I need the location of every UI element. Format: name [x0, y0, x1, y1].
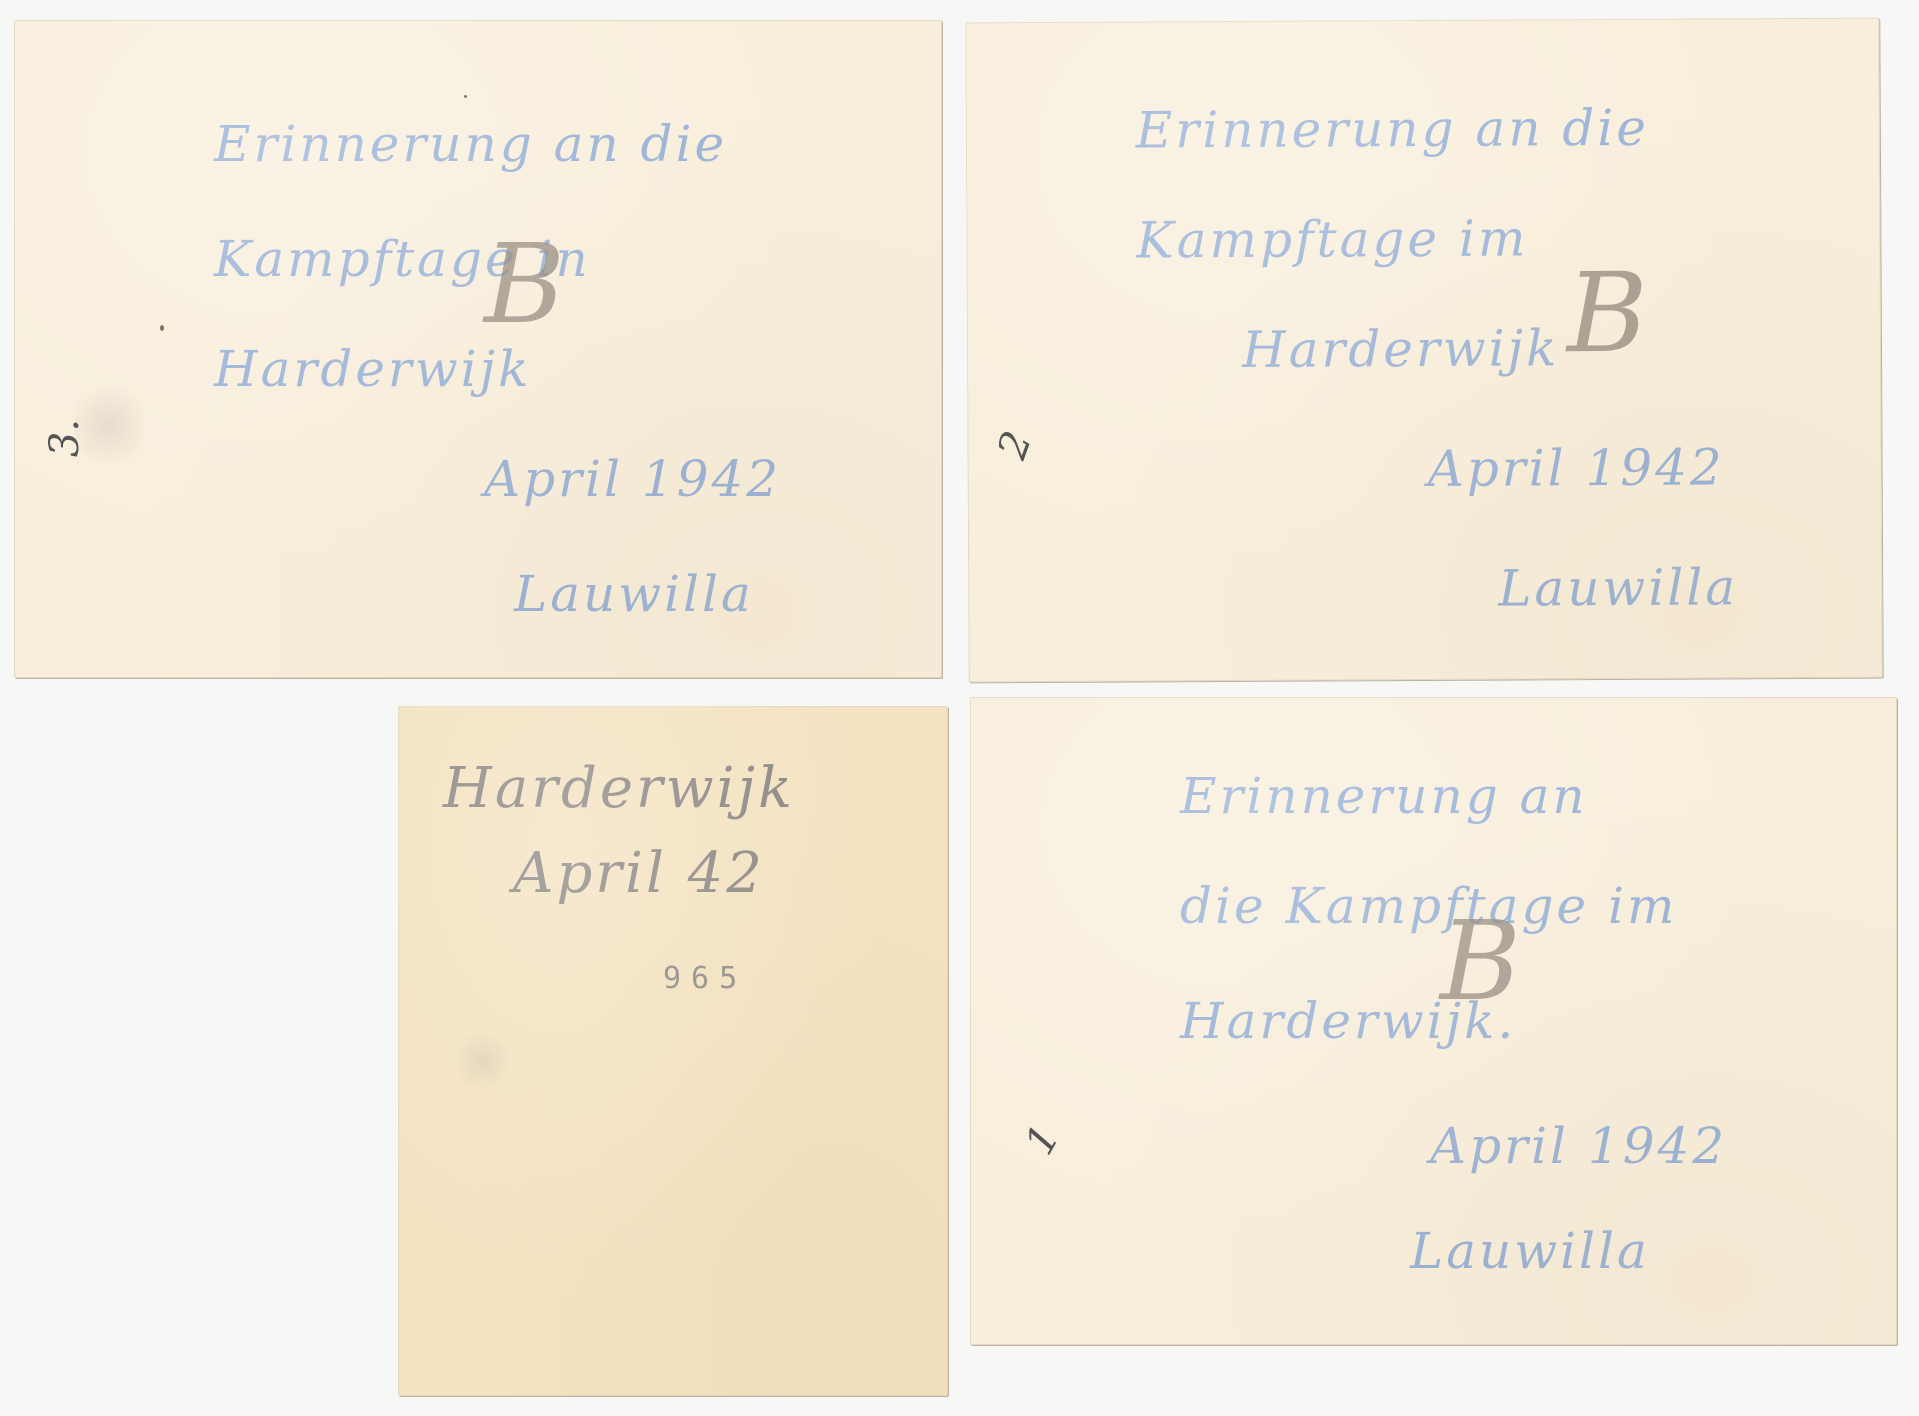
number-mark: 3.	[42, 419, 88, 457]
inscription-line-4: April 1942	[1430, 1117, 1727, 1175]
inscription-line-3: Harderwijk	[1242, 319, 1560, 379]
inscription-line-1: Erinnerung an die	[1136, 99, 1649, 160]
photo-back-card-2: 2 Erinnerung an die Kampftage im Harderw…	[965, 18, 1882, 683]
inscription-line-2: die Kampftage im	[1180, 877, 1677, 935]
stain	[458, 1026, 508, 1096]
photo-back-card-small: Harderwijk April 42 965	[398, 706, 948, 1396]
pencil-b-mark: B	[1566, 249, 1648, 377]
number-mark: 1	[1016, 1117, 1069, 1162]
pencil-b-mark: B	[484, 220, 565, 348]
inscription-line-2: Kampftage im	[1136, 209, 1528, 269]
speck	[464, 95, 467, 98]
inscription-line-5: Lauwilla	[1410, 1222, 1650, 1280]
pencil-b-mark: B	[1440, 897, 1521, 1025]
inscription-line-1: Erinnerung an die	[214, 115, 727, 173]
inscription-line-1: Erinnerung an	[1180, 767, 1588, 825]
inscription-line-4: April 1942	[484, 450, 781, 508]
inscription-line-2: April 42	[513, 841, 765, 906]
inscription-line-4: April 1942	[1427, 438, 1724, 498]
photo-back-card-1: 1 Erinnerung an die Kampftage im Harderw…	[970, 697, 1897, 1345]
inscription-line-3: Harderwijk	[214, 340, 531, 398]
inscription-line-5: Lauwilla	[514, 565, 754, 623]
speck	[160, 325, 164, 331]
inscription-line-1: Harderwijk	[443, 756, 795, 821]
number-mark: 2	[989, 425, 1041, 464]
inscription-line-5: Lauwilla	[1498, 558, 1738, 617]
photo-back-card-3: 3. Erinnerung an die Kampftage in Harder…	[14, 20, 942, 678]
archive-stamp-number: 965	[663, 961, 747, 996]
